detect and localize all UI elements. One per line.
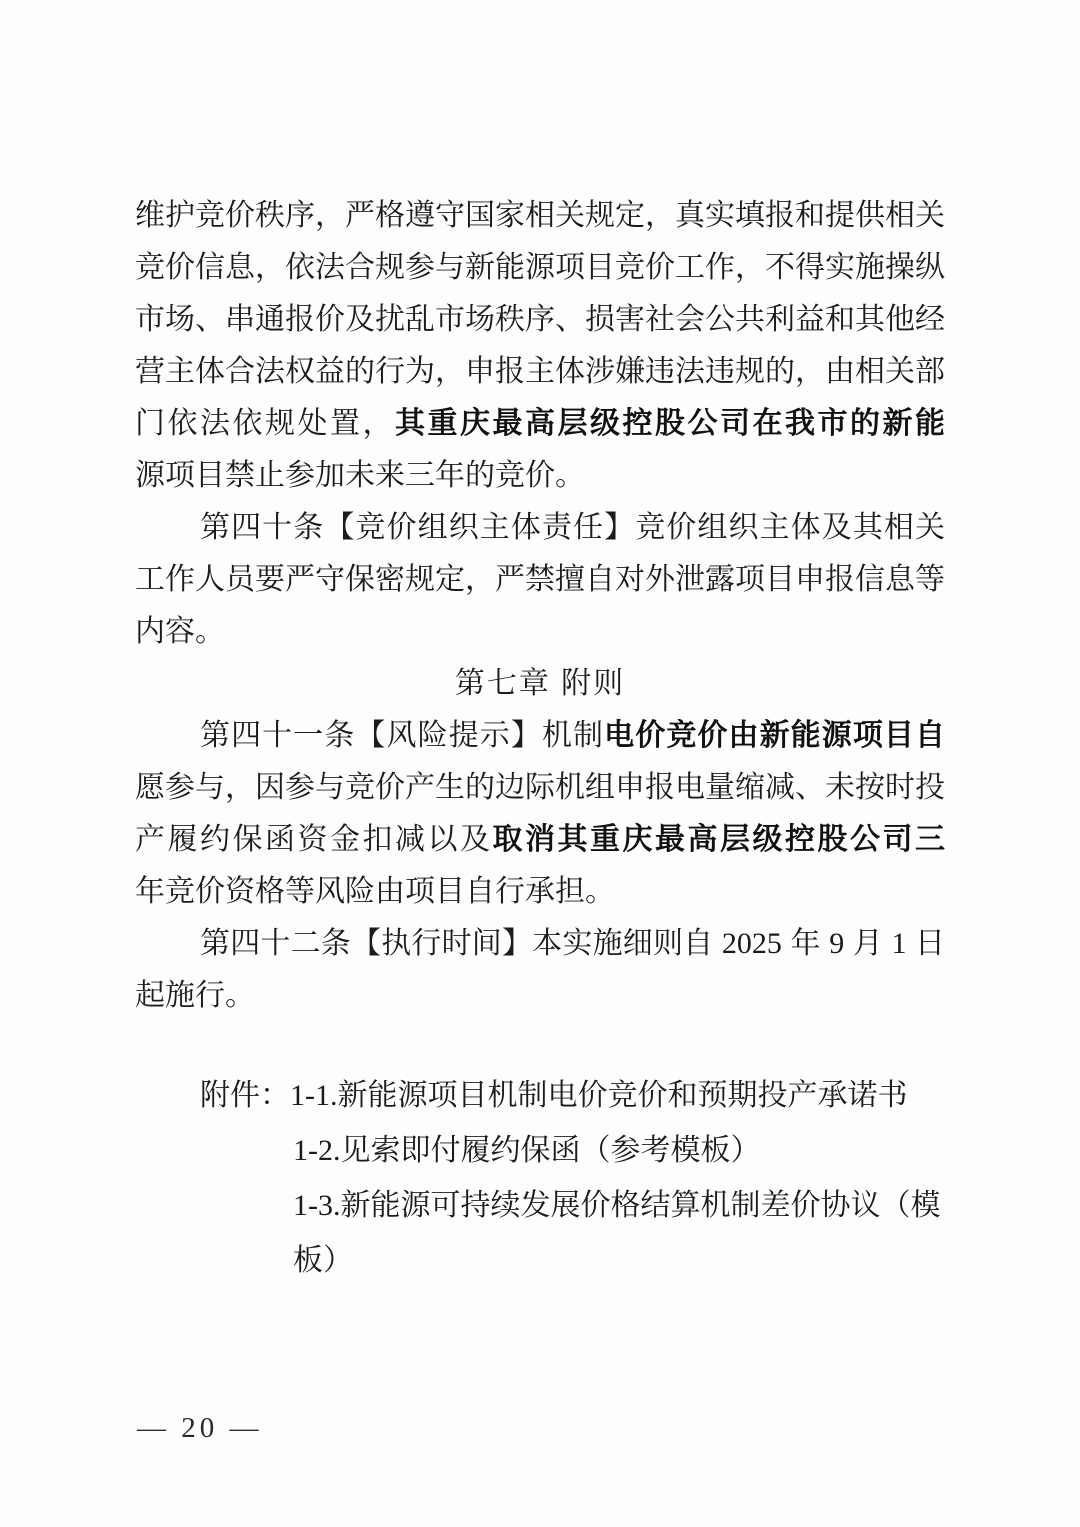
text-segment: 年 — [782, 927, 829, 960]
body-text-line: 年竞价资格等风险由项目自行承担。 — [135, 866, 945, 918]
body-text-line: 营主体合法权益的行为，申报主体涉嫌违法违规的，由相关部 — [135, 346, 945, 398]
text-segment: 第四十一条【风险提示】机制 — [200, 719, 604, 752]
chapter-heading: 第七章 附则 — [135, 658, 945, 710]
text-segment: 新能源可持续发展价格结算机制差价协议（模板） — [293, 1189, 941, 1277]
document-page: { "page": { "background": "#fdfdfd", "te… — [0, 0, 1080, 1527]
text-segment: 起施行。 — [135, 979, 255, 1012]
text-segment: 1-1. — [290, 1079, 338, 1112]
text-segment: 2025 — [722, 927, 782, 960]
body-text-line: 第四十一条【风险提示】机制电价竞价由新能源项目自 — [135, 710, 945, 762]
page-number: — 20 — — [137, 1412, 263, 1445]
body-text-line: 竞价信息，依法合规参与新能源项目竞价工作，不得实施操纵 — [135, 242, 945, 294]
text-segment: 其重庆最高层级控股公司在我市的新能 — [395, 407, 945, 440]
text-segment: 源项目禁止参加未来三年的竞价。 — [135, 459, 585, 492]
text-segment: 附件： — [200, 1079, 290, 1112]
text-segment: 工作人员要严守保密规定，严禁擅自对外泄露项目申报信息等 — [135, 563, 945, 596]
text-segment: 门依法依规处置， — [135, 407, 395, 440]
text-segment: 取消其重庆最高层级控股公司三 — [493, 823, 946, 856]
text-segment: 维护竞价秩序，严格遵守国家相关规定，真实填报和提供相关 — [135, 199, 945, 232]
text-segment: 日 — [906, 927, 945, 960]
text-segment: 愿参与，因参与竞价产生的边际机组申报电量缩减、未按时投 — [135, 771, 945, 804]
text-segment: 见索即付履约保函（参考模板） — [341, 1134, 761, 1167]
body-text-line: 产履约保函资金扣减以及取消其重庆最高层级控股公司三 — [135, 814, 945, 866]
text-segment: 竞价信息，依法合规参与新能源项目竞价工作，不得实施操纵 — [135, 251, 945, 284]
body-text-line: 第四十二条【执行时间】本实施细则自 2025 年 9 月 1 日 — [135, 918, 945, 970]
body-text-line: 第四十条【竞价组织主体责任】竞价组织主体及其相关 — [135, 502, 945, 554]
text-segment: 1-2. — [293, 1134, 341, 1167]
body-text-line: 源项目禁止参加未来三年的竞价。 — [135, 450, 945, 502]
text-segment: 营主体合法权益的行为，申报主体涉嫌违法违规的，由相关部 — [135, 355, 945, 388]
attachment-line: 附件：1-1.新能源项目机制电价竞价和预期投产承诺书 — [135, 1068, 945, 1123]
text-segment: 电价竞价由新能源项目自 — [604, 719, 945, 752]
text-segment: 9 — [829, 927, 844, 960]
body-text-line: 市场、串通报价及扰乱市场秩序、损害社会公共利益和其他经 — [135, 294, 945, 346]
body-text-line: 门依法依规处置，其重庆最高层级控股公司在我市的新能 — [135, 398, 945, 450]
body-text-line: 工作人员要严守保密规定，严禁擅自对外泄露项目申报信息等 — [135, 554, 945, 606]
body-text-line: 愿参与，因参与竞价产生的边际机组申报电量缩减、未按时投 — [135, 762, 945, 814]
text-segment: 新能源项目机制电价竞价和预期投产承诺书 — [338, 1079, 908, 1112]
text-segment: 内容。 — [135, 615, 225, 648]
text-segment: 第七章 附则 — [455, 667, 625, 700]
text-segment: 1 — [891, 927, 906, 960]
document-body: 维护竞价秩序，严格遵守国家相关规定，真实填报和提供相关竞价信息，依法合规参与新能… — [135, 190, 945, 1233]
text-segment: 年竞价资格等风险由项目自行承担。 — [135, 875, 615, 908]
text-segment: 产履约保函资金扣减以及 — [135, 823, 493, 856]
text-segment: 第四十二条【执行时间】本实施细则自 — [200, 927, 722, 960]
body-text-line: 维护竞价秩序，严格遵守国家相关规定，真实填报和提供相关 — [135, 190, 945, 242]
attachment-line: 1-2.见索即付履约保函（参考模板） — [135, 1123, 945, 1178]
attachment-line: 1-3.新能源可持续发展价格结算机制差价协议（模板） — [135, 1178, 945, 1233]
body-text-line: 起施行。 — [135, 970, 945, 1022]
text-segment: 市场、串通报价及扰乱市场秩序、损害社会公共利益和其他经 — [135, 303, 945, 336]
text-segment: 1-3. — [293, 1189, 341, 1222]
text-segment: 月 — [844, 927, 891, 960]
text-segment: 第四十条【竞价组织主体责任】竞价组织主体及其相关 — [200, 511, 945, 544]
body-text-line: 内容。 — [135, 606, 945, 658]
